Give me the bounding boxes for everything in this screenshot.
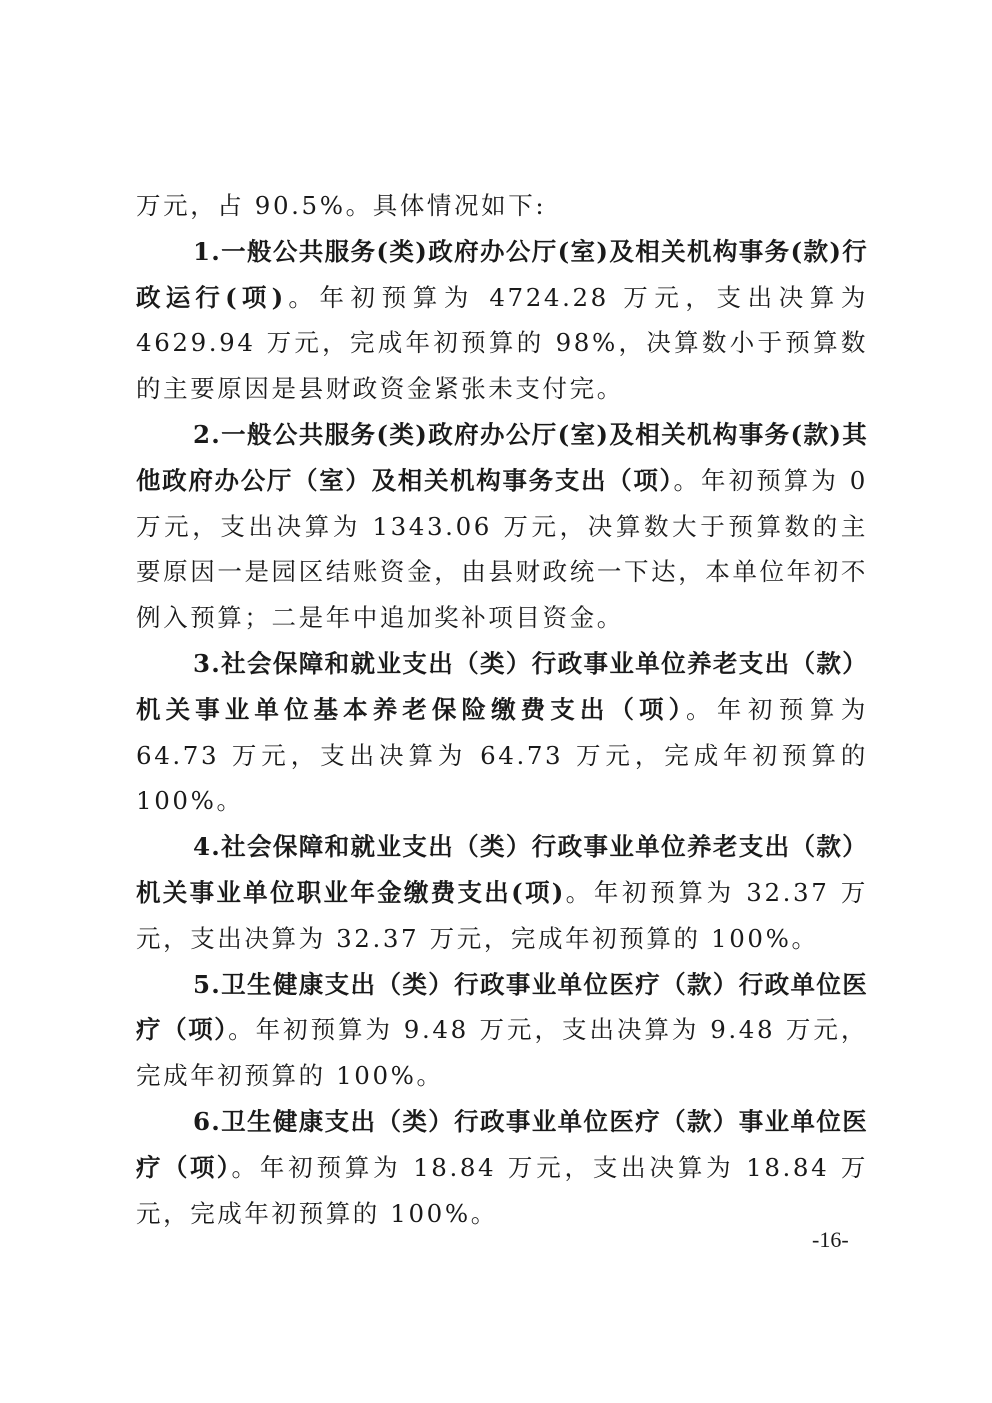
item-body-6: 。年初预算为 18.84 万元，支出决算为 18.84 万元，完成年初预算的 1…: [136, 1153, 868, 1228]
item-paragraph-3: 3.社会保障和就业支出（类）行政事业单位养老支出（款）机关事业单位基本养老保险缴…: [136, 641, 868, 824]
item-paragraph-5: 5.卫生健康支出（类）行政事业单位医疗（款）行政单位医疗（项）。年初预算为 9.…: [136, 962, 868, 1099]
intro-paragraph: 万元，占 90.5%。具体情况如下:: [136, 183, 868, 229]
item-paragraph-4: 4.社会保障和就业支出（类）行政事业单位养老支出（款）机关事业单位职业年金缴费支…: [136, 824, 868, 961]
page-number: -16-: [812, 1227, 849, 1253]
item-body-5: 。年初预算为 9.48 万元，支出决算为 9.48 万元，完成年初预算的 100…: [136, 1015, 868, 1090]
item-paragraph-1: 1.一般公共服务(类)政府办公厅(室)及相关机构事务(款)行政运行(项)。年初预…: [136, 229, 868, 412]
item-paragraph-6: 6.卫生健康支出（类）行政事业单位医疗（款）事业单位医疗（项）。年初预算为 18…: [136, 1099, 868, 1236]
document-page: 万元，占 90.5%。具体情况如下: 1.一般公共服务(类)政府办公厅(室)及相…: [136, 183, 868, 1236]
item-paragraph-2: 2.一般公共服务(类)政府办公厅(室)及相关机构事务(款)其他政府办公厅（室）及…: [136, 412, 868, 641]
